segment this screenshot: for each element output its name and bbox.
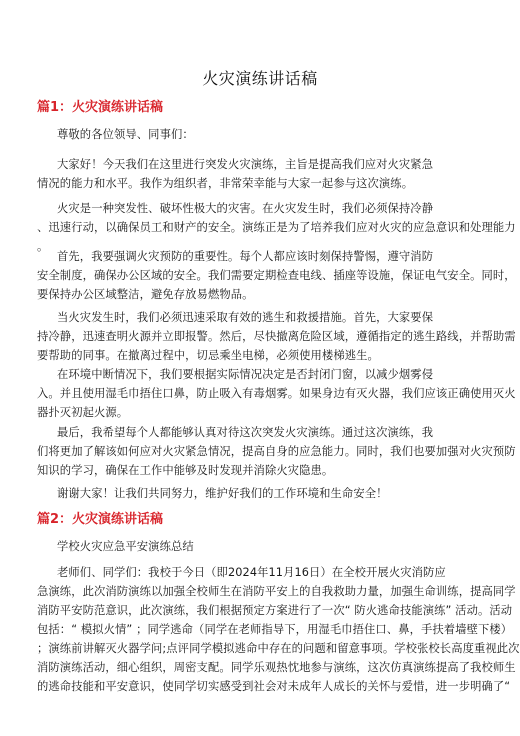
paragraph-summary-title: 学校火灾应急平安演练总结 [37, 537, 489, 556]
paragraph-line: 尊敬的各位领导、同事们： [37, 125, 489, 144]
paragraph-line: 要帮助的同事。在撤离过程中，切忌乘坐电梯，必须使用楼梯逃生。 [37, 346, 489, 365]
paragraph-line: 学校火灾应急平安演练总结 [37, 537, 489, 556]
paragraph-line: 当火灾发生时，我们必须迅速采取有效的逃生和救援措施。首先，大家要保 [37, 308, 489, 327]
paragraph-line: 急演练，此次消防演练以加强全校师生在消防平安上的自我救助力量，加强生命训练，提高… [37, 582, 489, 601]
paragraph-line: 首先，我要强调火灾预防的重要性。每个人都应该时刻保持警惕，遵守消防 [37, 247, 489, 266]
paragraph-line: 安全制度，确保办公区域的安全。我们需要定期检查电线、插座等设施，保证电气安全。同… [37, 266, 489, 285]
paragraph-greeting: 大家好！今天我们在这里进行突发火灾演练，主旨是提高我们应对火灾紧急 情况的能力和… [37, 155, 489, 193]
paragraph-line: 知识的学习，确保在工作中能够及时发现并消除火灾隐患。 [37, 461, 489, 480]
paragraph-line: 持冷静，迅速查明火源并立即报警。然后，尽快撤离危险区域，遵循指定的逃生路线，并帮… [37, 327, 489, 346]
paragraph-line: 、迅速行动，以确保员工和财产的安全。演练正是为了培养我们应对火灾的应急意识和处理… [37, 218, 489, 237]
paragraph-line: 要保持办公区域整洁，避免存放易燃物品。 [37, 285, 489, 304]
paragraph-line: 在环境中断情况下，我们要根据实际情况决定是否封闭门窗，以减少烟雾侵 [37, 365, 489, 384]
paragraph-line: 器扑灭初起火源。 [37, 403, 489, 422]
paragraph-line: 火灾是一种突发性、破坏性极大的灾害。在火灾发生时，我们必须保持冷静 [37, 199, 489, 218]
paragraph-line: 老师们、同学们：我校于今日（即2024年11月16日）在全校开展火灾消防应 [37, 563, 489, 582]
paragraph-line: ；演练前讲解灭火器学问;点评同学模拟逃命中存在的问题和留意事项。学校张校长高度重… [37, 639, 489, 658]
document-title: 火灾演练讲话稿 [0, 66, 520, 89]
paragraph-line: 最后，我希望每个人都能够认真对待这次突发火灾演练。通过这次演练，我 [37, 423, 489, 442]
paragraph-smoke: 在环境中断情况下，我们要根据实际情况决定是否封闭门窗，以减少烟雾侵 入。并且使用… [37, 365, 489, 422]
paragraph-line: 们将更加了解该如何应对火灾紧急情况，提高自身的应急能力。同时，我们也要加强对火灾… [37, 442, 489, 461]
paragraph-line: 入。并且使用湿毛巾捂住口鼻，防止吸入有毒烟雾。如果身边有灭火器，我们应该正确使用… [37, 384, 489, 403]
paragraph-escape: 当火灾发生时，我们必须迅速采取有效的逃生和救援措施。首先，大家要保 持冷静，迅速… [37, 308, 489, 365]
paragraph-line: 大家好！今天我们在这里进行突发火灾演练，主旨是提高我们应对火灾紧急 [37, 155, 489, 174]
paragraph-line: 包括：“ 模拟火情” ；同学逃命（同学在老师指导下，用湿毛巾捂住口、鼻，手扶着墙… [37, 620, 489, 639]
paragraph-line: 的逃命技能和平安意识，使同学切实感受到社会对未成年人成长的关怀与爱惜，进一步明确… [37, 677, 489, 696]
paragraph-line: 情况的能力和水平。我作为组织者，非常荣幸能与大家一起参与这次演练。 [37, 174, 489, 193]
paragraph-line: 消防演练活动，细心组织，周密支配。同学乐观热忱地参与演练，这次仿真演练提高了我校… [37, 658, 489, 677]
paragraph-conclusion: 最后，我希望每个人都能够认真对待这次突发火灾演练。通过这次演练，我 们将更加了解… [37, 423, 489, 480]
paragraph-line: 消防平安防范意识，此次演练，我们根据预定方案进行了一次“ 防火逃命技能演练” 活… [37, 601, 489, 620]
paragraph-line: 谢谢大家！让我们共同努力，维护好我们的工作环境和生命安全！ [37, 484, 489, 503]
paragraph-salutation: 尊敬的各位领导、同事们： [37, 125, 489, 144]
section-2-heading: 篇2：火灾演练讲话稿 [37, 508, 163, 527]
section-1-heading: 篇1：火灾演练讲话稿 [37, 96, 163, 115]
paragraph-prevention: 首先，我要强调火灾预防的重要性。每个人都应该时刻保持警惕，遵守消防 安全制度，确… [37, 247, 489, 304]
document-page: 火灾演练讲话稿 篇1：火灾演练讲话稿 尊敬的各位领导、同事们： 大家好！今天我们… [0, 0, 520, 736]
paragraph-school-drill: 老师们、同学们：我校于今日（即2024年11月16日）在全校开展火灾消防应 急演… [37, 563, 489, 696]
paragraph-thanks: 谢谢大家！让我们共同努力，维护好我们的工作环境和生命安全！ [37, 484, 489, 503]
